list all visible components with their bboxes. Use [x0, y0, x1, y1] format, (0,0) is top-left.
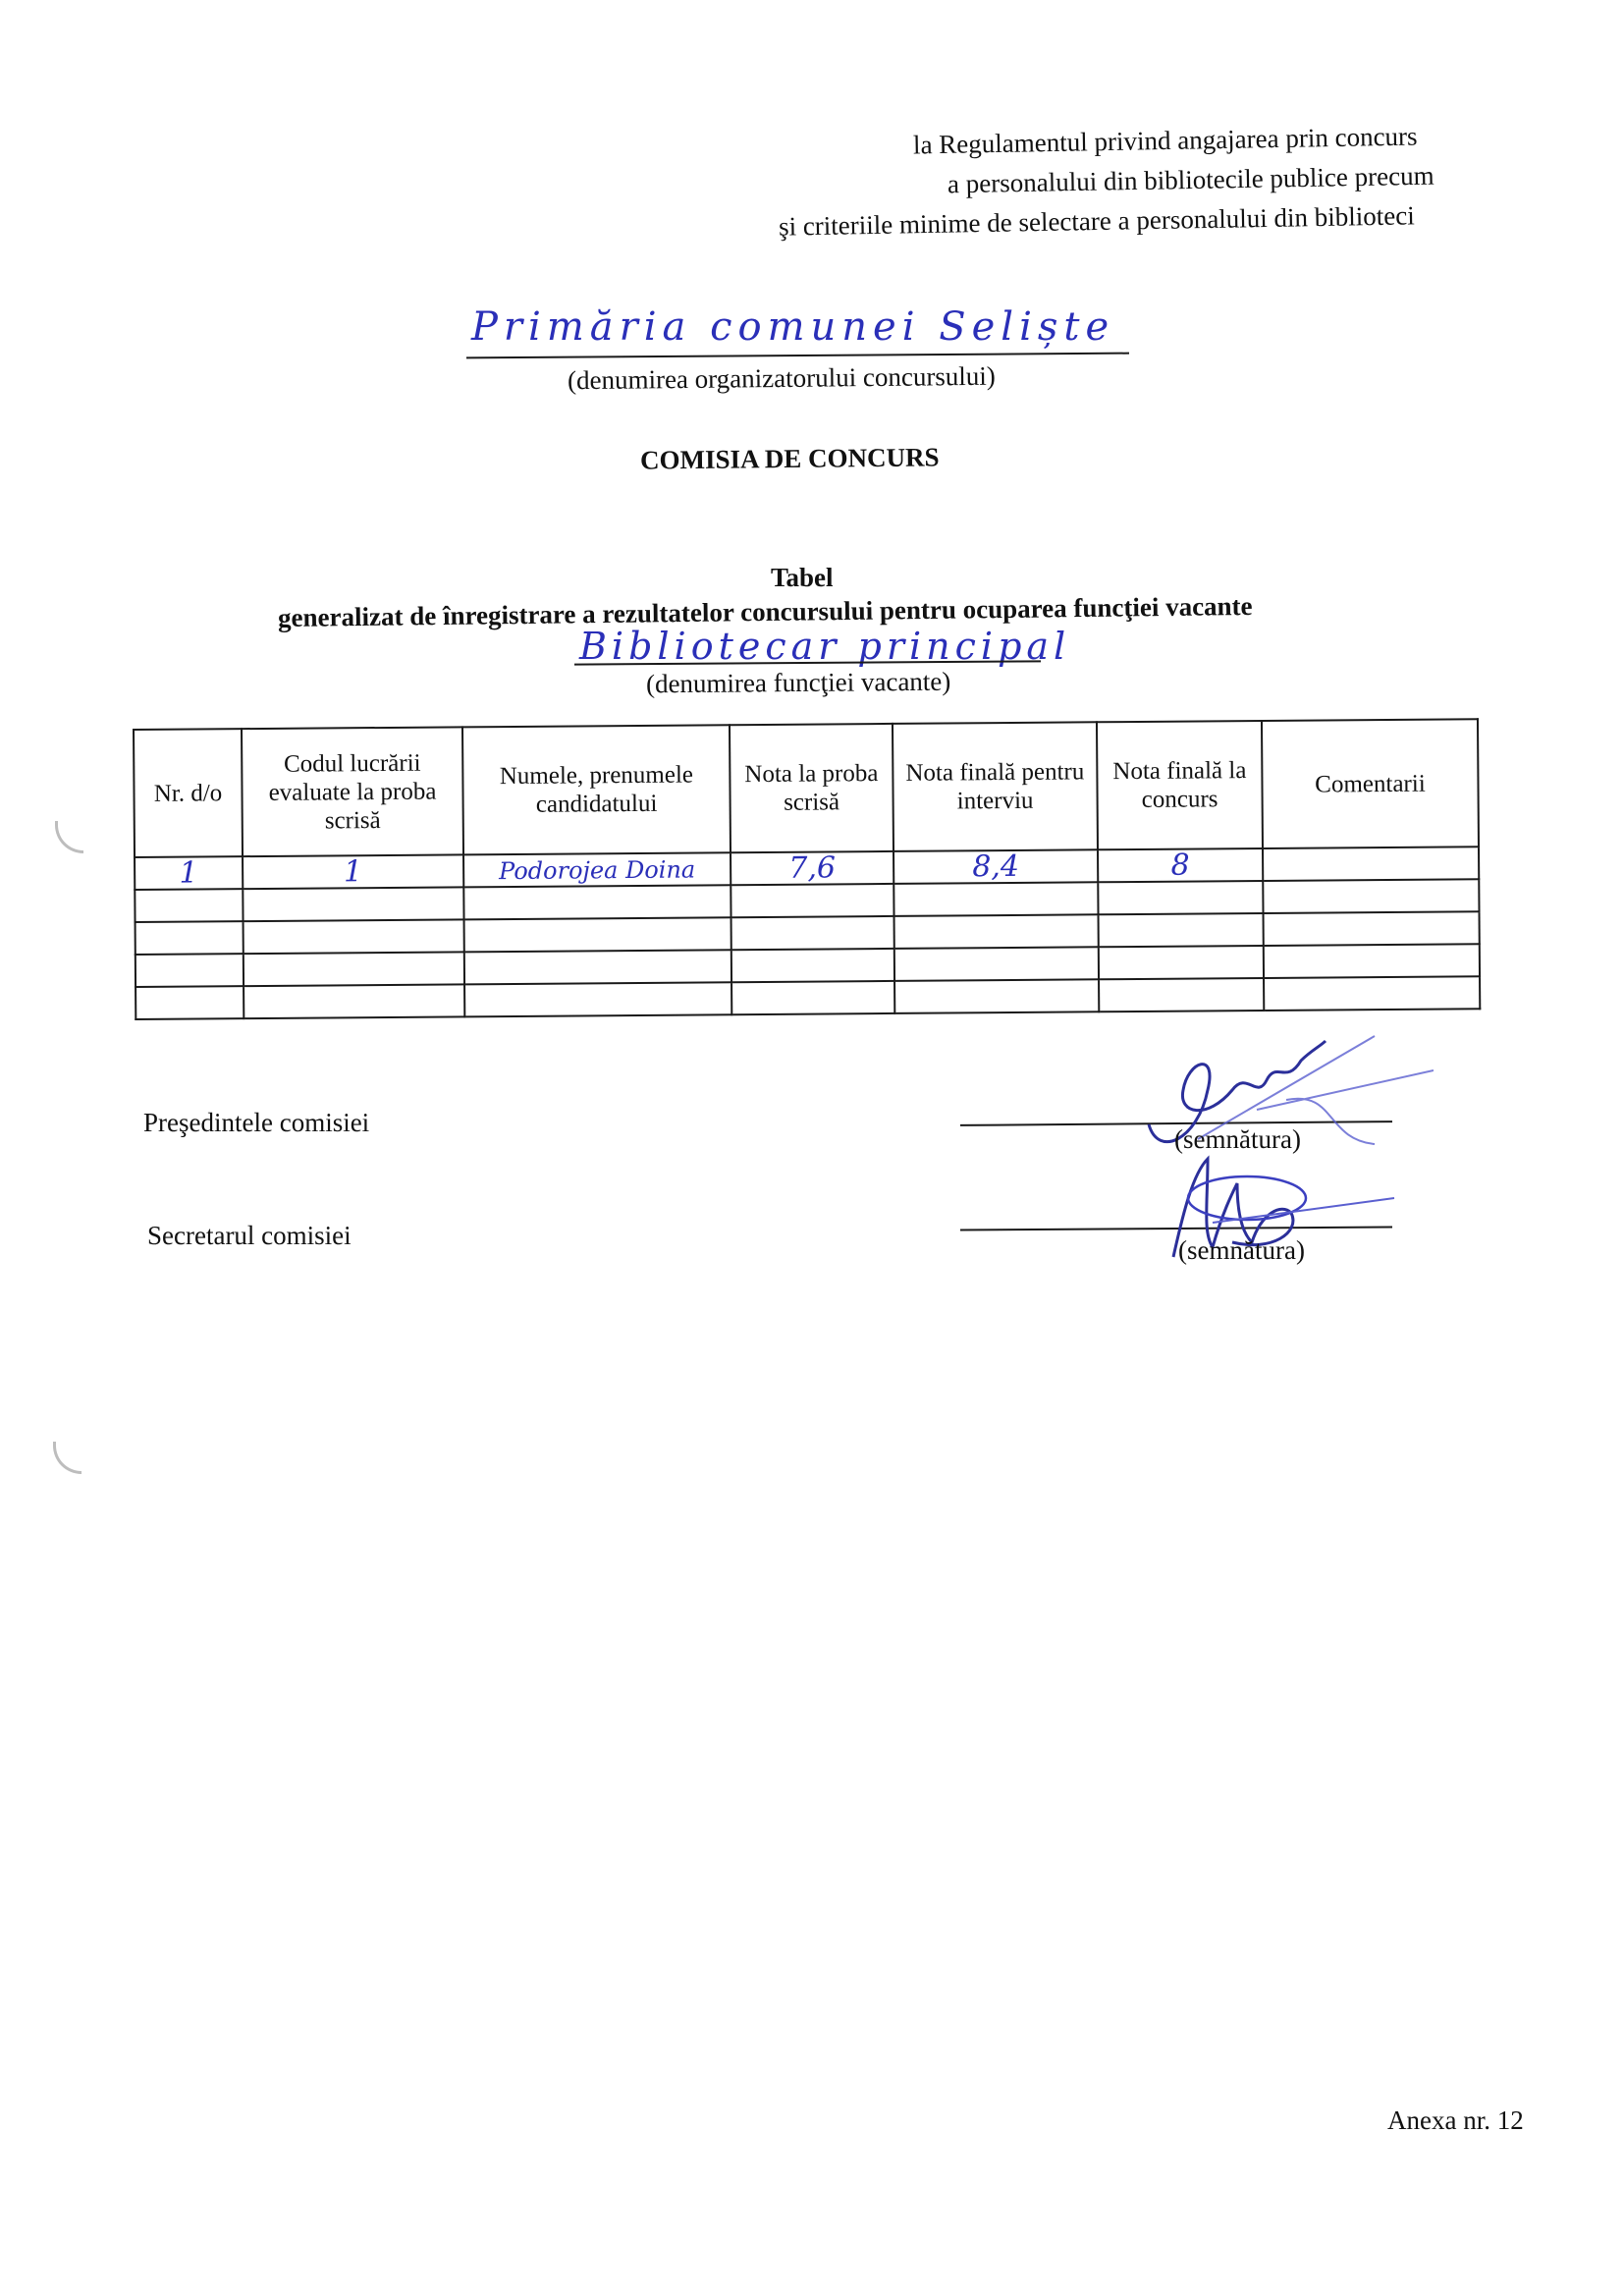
table-title-line1: Tabel [771, 563, 834, 593]
table-header-row: Nr. d/o Codul lucrării evaluate la proba… [134, 719, 1479, 857]
col-nr: Nr. d/o [134, 729, 243, 857]
cell-written-grade: 7,6 [731, 851, 893, 885]
cell-written-grade [731, 981, 894, 1014]
cell-candidate-name: Podorojea Doina [463, 852, 731, 887]
cell-work-code [244, 984, 464, 1018]
cell-nr [135, 986, 244, 1019]
cell-candidate-name [463, 885, 731, 919]
cell-interview-grade [894, 914, 1099, 949]
cell-final-grade [1098, 881, 1263, 914]
organizer-caption: (denumirea organizatorului concursului) [568, 361, 996, 397]
cell-written-grade [731, 916, 894, 950]
results-table: Nr. d/o Codul lucrării evaluate la proba… [133, 718, 1481, 1020]
cell-final-grade [1099, 978, 1264, 1011]
secretary-signature-caption: (semnătura) [1178, 1235, 1305, 1266]
cell-nr: 1 [135, 856, 243, 890]
organizer-underline [466, 353, 1129, 359]
cell-nr [135, 954, 244, 987]
cell-nr [135, 889, 243, 922]
cell-final-grade [1099, 946, 1264, 979]
cell-comments [1263, 879, 1479, 913]
cell-comments [1264, 911, 1480, 946]
cell-work-code: 1 [243, 854, 463, 889]
cell-interview-grade [894, 979, 1099, 1013]
col-written-grade: Nota la proba scrisă [730, 724, 893, 852]
header-line-3: şi criteriile minime de selectare a pers… [779, 200, 1415, 242]
cell-work-code [243, 887, 463, 921]
header-line-1: la Regulamentul privind angajarea prin c… [913, 122, 1418, 161]
secretary-label: Secretarul comisiei [147, 1221, 352, 1251]
cell-comments [1264, 944, 1480, 978]
cell-comments [1263, 847, 1479, 881]
col-candidate-name: Numele, prenumele candidatului [462, 725, 731, 854]
col-comments: Comentarii [1262, 719, 1479, 848]
cell-candidate-name [464, 982, 731, 1016]
cell-interview-grade [893, 882, 1098, 916]
commission-title: COMISIA DE CONCURS [640, 442, 940, 475]
punch-hole-mark [53, 1442, 81, 1474]
president-signature-caption: (semnătura) [1174, 1124, 1301, 1155]
cell-written-grade [731, 949, 894, 982]
cell-comments [1264, 976, 1480, 1011]
col-interview-grade: Nota finală pentru interviu [893, 722, 1098, 851]
cell-candidate-name [464, 950, 731, 984]
cell-interview-grade: 8,4 [893, 849, 1098, 884]
cell-work-code [244, 952, 464, 986]
annex-label: Anexa nr. 12 [1387, 2105, 1524, 2136]
cell-interview-grade [894, 947, 1099, 981]
cell-nr [135, 921, 244, 955]
header-line-2: a personalului din bibliotecile publice … [947, 161, 1435, 200]
cell-written-grade [731, 884, 893, 917]
organizer-handwritten: Primăria comunei Seliște [471, 304, 1114, 350]
cell-candidate-name [464, 917, 731, 952]
cell-final-grade: 8 [1098, 848, 1263, 882]
col-final-grade: Nota finală la concurs [1097, 721, 1263, 849]
col-work-code: Codul lucrării evaluate la proba scrisă [242, 727, 463, 856]
position-caption: (denumirea funcţiei vacante) [646, 667, 951, 700]
cell-work-code [244, 919, 464, 954]
punch-hole-mark [55, 821, 83, 853]
cell-final-grade [1099, 913, 1264, 947]
president-label: Preşedintele comisiei [143, 1108, 369, 1138]
